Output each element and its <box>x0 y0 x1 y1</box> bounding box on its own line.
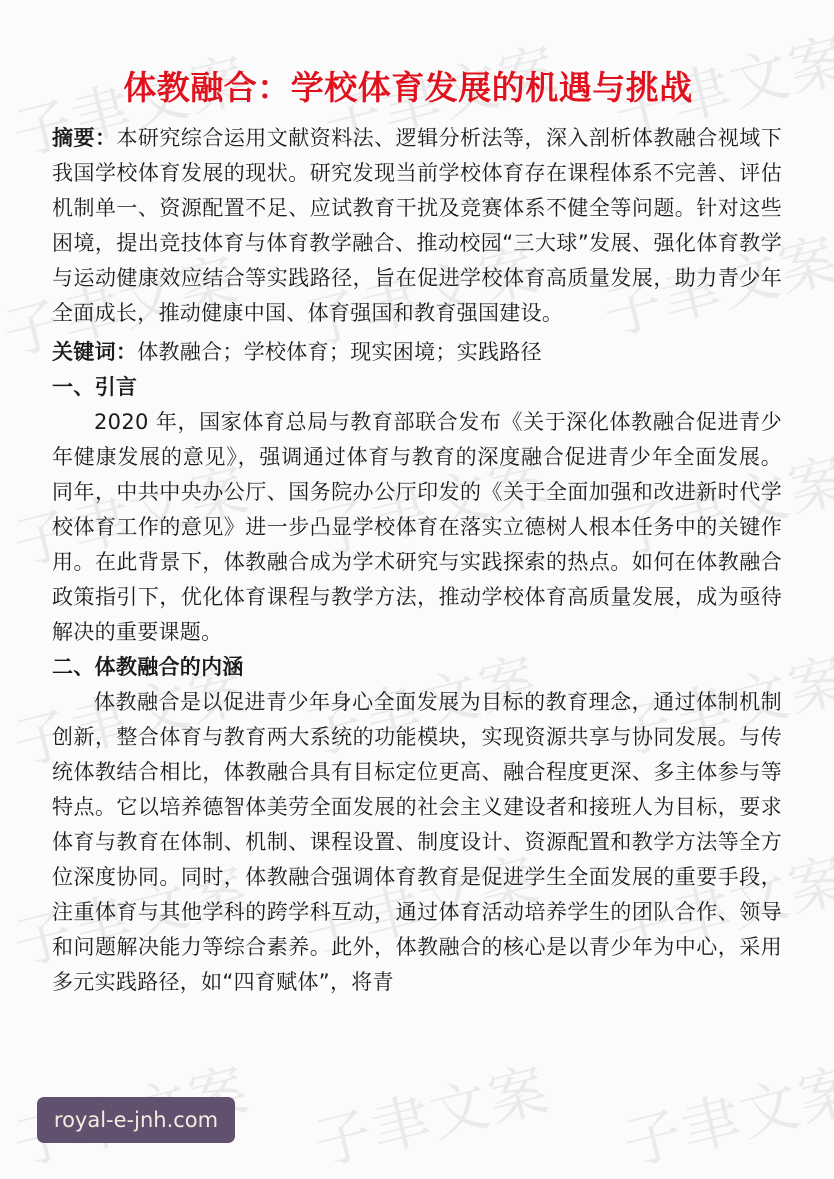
keywords-label: 关键词： <box>52 340 137 364</box>
keywords-text: 体教融合；学校体育；现实困境；实践路径 <box>137 340 542 364</box>
watermark: 子聿文案 <box>303 1042 556 1179</box>
source-url-badge: royal-e-jnh.com <box>37 1097 235 1143</box>
document-body: 摘要：本研究综合运用文献资料法、逻辑分析法等，深入剖析体教融合视域下我国学校体育… <box>52 121 782 1000</box>
section-heading-introduction: 一、引言 <box>52 370 782 405</box>
watermark: 子聿文案 <box>613 1042 834 1179</box>
keywords-paragraph: 关键词：体教融合；学校体育；现实困境；实践路径 <box>52 335 782 370</box>
abstract-paragraph: 摘要：本研究综合运用文献资料法、逻辑分析法等，深入剖析体教融合视域下我国学校体育… <box>52 121 782 331</box>
section-paragraph-introduction: 2020 年，国家体育总局与教育部联合发布《关于深化体教融合促进青少年健康发展的… <box>52 405 782 650</box>
abstract-text: 本研究综合运用文献资料法、逻辑分析法等，深入剖析体教融合视域下我国学校体育发展的… <box>52 126 782 325</box>
abstract-label: 摘要： <box>52 126 116 150</box>
section-heading-connotation: 二、体教融合的内涵 <box>52 650 782 685</box>
section-paragraph-connotation: 体教融合是以促进青少年身心全面发展为目标的教育理念，通过体制机制创新，整合体育与… <box>52 685 782 1000</box>
document-title: 体教融合：学校体育发展的机遇与挑战 <box>58 62 758 109</box>
